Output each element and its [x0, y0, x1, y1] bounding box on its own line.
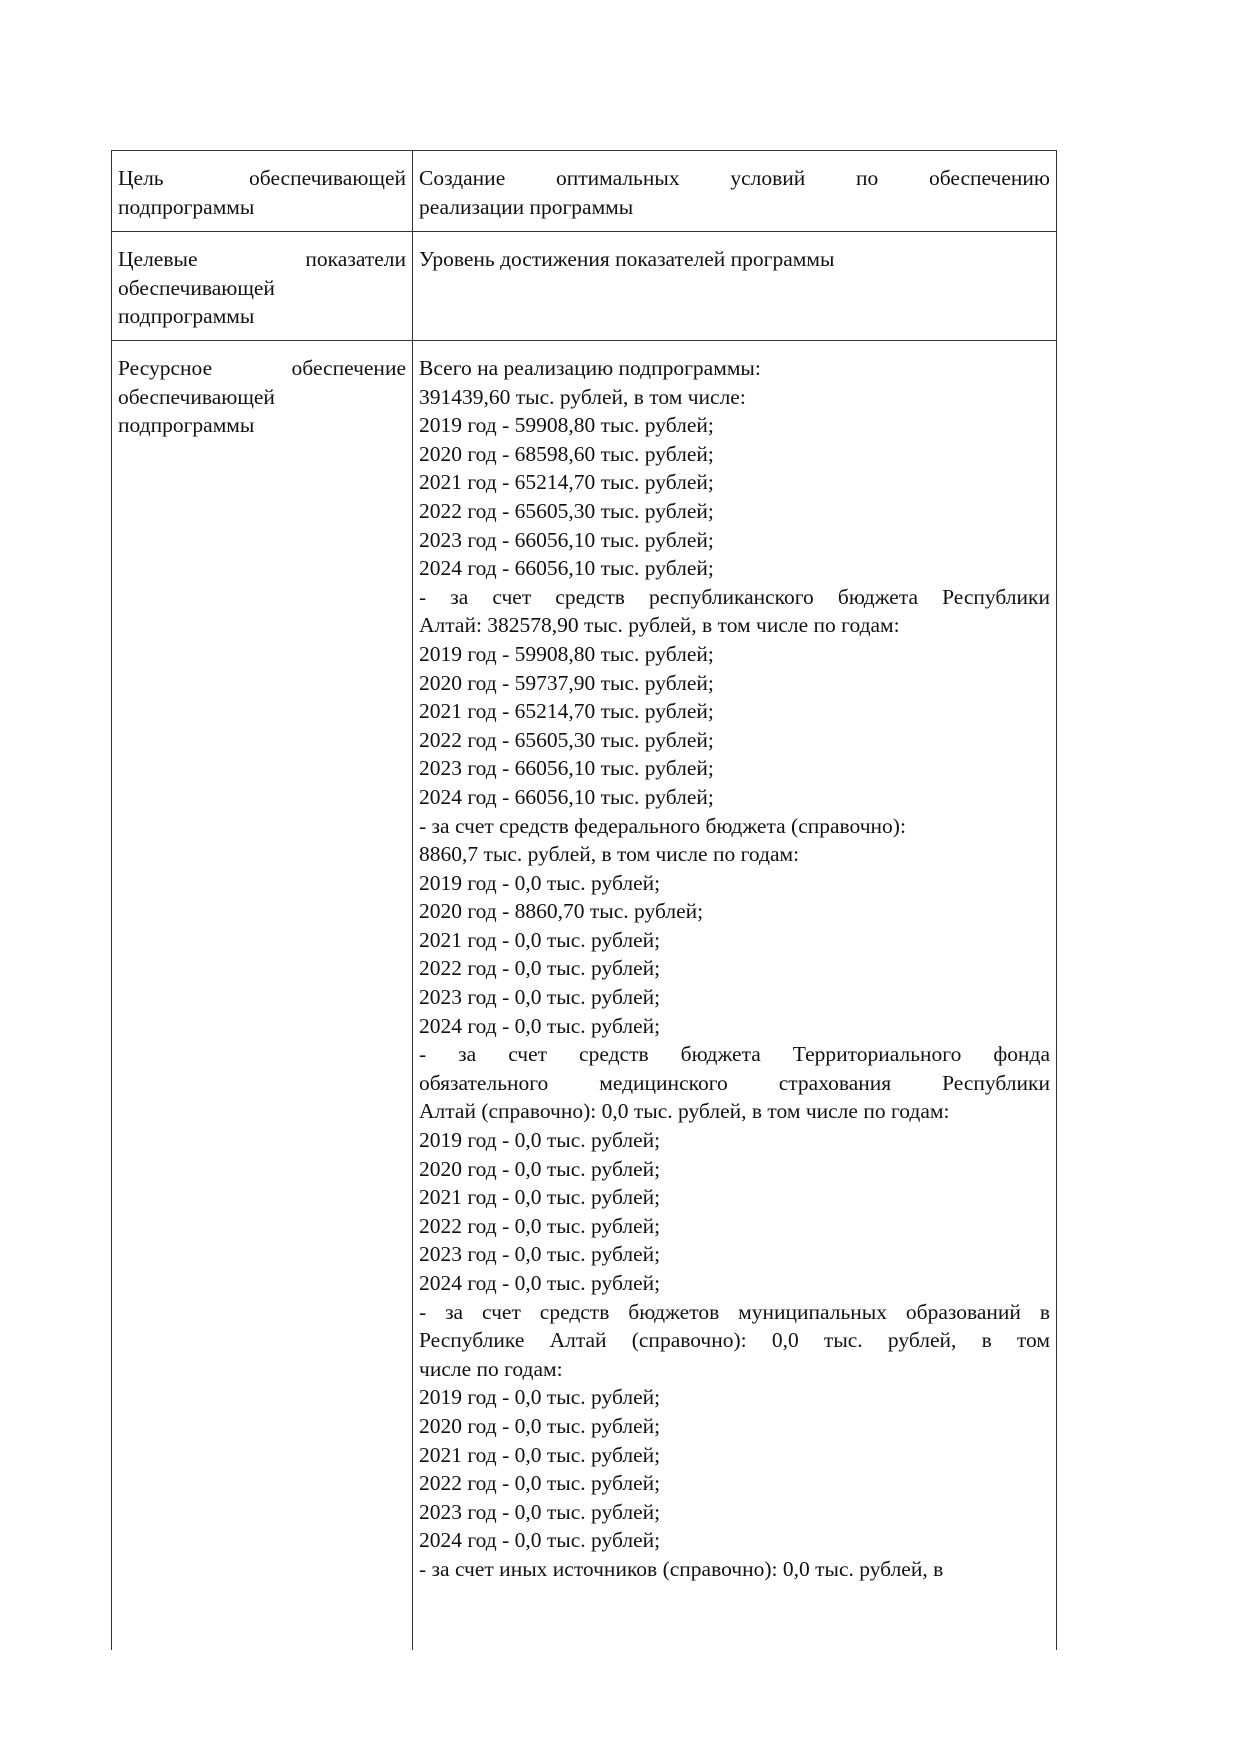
cell-text-line: Создание оптимальных условий по обеспече… — [419, 164, 1050, 193]
cell-text-line: 2021 год - 65214,70 тыс. рублей; — [419, 697, 1050, 726]
cell-text-line: 2024 год - 0,0 тыс. рублей; — [419, 1269, 1050, 1298]
cell-text-line: 2022 год - 0,0 тыс. рублей; — [419, 1212, 1050, 1241]
cell-text-line: 2020 год - 0,0 тыс. рублей; — [419, 1155, 1050, 1184]
table-row-indicators: Целевые показателиобеспечивающейподпрогр… — [112, 232, 1057, 341]
cell-text-line: 2019 год - 0,0 тыс. рублей; — [419, 1126, 1050, 1155]
cell-text-line: 2023 год - 66056,10 тыс. рублей; — [419, 754, 1050, 783]
cell-text-line: Республике Алтай (справочно): 0,0 тыс. р… — [419, 1326, 1050, 1355]
cell-text-line: - за счет средств республиканского бюдже… — [419, 583, 1050, 612]
cell-text-line: 2020 год - 68598,60 тыс. рублей; — [419, 440, 1050, 469]
cell-text-line: 8860,7 тыс. рублей, в том числе по годам… — [419, 840, 1050, 869]
cell-text-line: Всего на реализацию подпрограммы: — [419, 354, 1050, 383]
cell-text-line: 2023 год - 0,0 тыс. рублей; — [419, 1498, 1050, 1527]
cell-text-line: подпрограммы — [118, 193, 406, 222]
cell-text-line: 2020 год - 0,0 тыс. рублей; — [419, 1412, 1050, 1441]
cell-text-line: 2021 год - 0,0 тыс. рублей; — [419, 926, 1050, 955]
cell-text-line: 2021 год - 0,0 тыс. рублей; — [419, 1441, 1050, 1470]
table-row-goal: Цель обеспечивающейподпрограммы Создание… — [112, 151, 1057, 232]
cell-text-line: 2023 год - 0,0 тыс. рублей; — [419, 1240, 1050, 1269]
cell-text-line: 2022 год - 0,0 тыс. рублей; — [419, 954, 1050, 983]
cell-text-line: 2022 год - 0,0 тыс. рублей; — [419, 1469, 1050, 1498]
cell-text-line: 2024 год - 0,0 тыс. рублей; — [419, 1526, 1050, 1555]
row-value-indicators: Уровень достижения показателей программы — [413, 232, 1057, 341]
cell-text-line: 2024 год - 0,0 тыс. рублей; — [419, 1012, 1050, 1041]
cell-text-line: 2020 год - 59737,90 тыс. рублей; — [419, 669, 1050, 698]
cell-text-line: 2024 год - 66056,10 тыс. рублей; — [419, 554, 1050, 583]
cell-text-line: обеспечивающей — [118, 274, 406, 303]
cell-text-line: обеспечивающей — [118, 383, 406, 412]
row-label-indicators: Целевые показателиобеспечивающейподпрогр… — [112, 232, 413, 341]
cell-text-line: 2019 год - 0,0 тыс. рублей; — [419, 1383, 1050, 1412]
cell-text-line: 2019 год - 0,0 тыс. рублей; — [419, 869, 1050, 898]
cell-text-line: 2021 год - 65214,70 тыс. рублей; — [419, 468, 1050, 497]
cell-text-line: 2020 год - 8860,70 тыс. рублей; — [419, 897, 1050, 926]
cell-text-line: Алтай: 382578,90 тыс. рублей, в том числ… — [419, 611, 1050, 640]
row-value-resources: Всего на реализацию подпрограммы:391439,… — [413, 341, 1057, 1651]
cell-text-line: Алтай (справочно): 0,0 тыс. рублей, в то… — [419, 1097, 1050, 1126]
cell-text-line: подпрограммы — [118, 302, 406, 331]
cell-text-line: - за счет средств федерального бюджета (… — [419, 812, 1050, 841]
cell-text-line: 2024 год - 66056,10 тыс. рублей; — [419, 783, 1050, 812]
row-label-resources: Ресурсное обеспечениеобеспечивающейподпр… — [112, 341, 413, 1651]
cell-text-line: подпрограммы — [118, 411, 406, 440]
cell-text-line: 391439,60 тыс. рублей, в том числе: — [419, 383, 1050, 412]
cell-text-line: 2022 год - 65605,30 тыс. рублей; — [419, 497, 1050, 526]
cell-text-line: 2019 год - 59908,80 тыс. рублей; — [419, 411, 1050, 440]
cell-text-line: 2022 год - 65605,30 тыс. рублей; — [419, 726, 1050, 755]
cell-text-line: - за счет средств бюджета Территориально… — [419, 1040, 1050, 1069]
cell-text-line: 2023 год - 66056,10 тыс. рублей; — [419, 526, 1050, 555]
cell-text-line: 2023 год - 0,0 тыс. рублей; — [419, 983, 1050, 1012]
cell-text-line: обязательного медицинского страхования Р… — [419, 1069, 1050, 1098]
subprogram-passport-table: Цель обеспечивающейподпрограммы Создание… — [111, 150, 1057, 1650]
table-row-resources: Ресурсное обеспечениеобеспечивающейподпр… — [112, 341, 1057, 1651]
cell-text-line: Ресурсное обеспечение — [118, 354, 406, 383]
row-value-goal: Создание оптимальных условий по обеспече… — [413, 151, 1057, 232]
cell-text-line: - за счет иных источников (справочно): 0… — [419, 1555, 1050, 1584]
cell-text-line: Цель обеспечивающей — [118, 164, 406, 193]
cell-text-line: числе по годам: — [419, 1355, 1050, 1384]
cell-text-line: 2021 год - 0,0 тыс. рублей; — [419, 1183, 1050, 1212]
cell-text-line: реализации программы — [419, 193, 1050, 222]
cell-text-line: Уровень достижения показателей программы — [419, 245, 1050, 274]
row-label-goal: Цель обеспечивающейподпрограммы — [112, 151, 413, 232]
cell-text-line: 2019 год - 59908,80 тыс. рублей; — [419, 640, 1050, 669]
cell-text-line: Целевые показатели — [118, 245, 406, 274]
cell-text-line: - за счет средств бюджетов муниципальных… — [419, 1298, 1050, 1327]
